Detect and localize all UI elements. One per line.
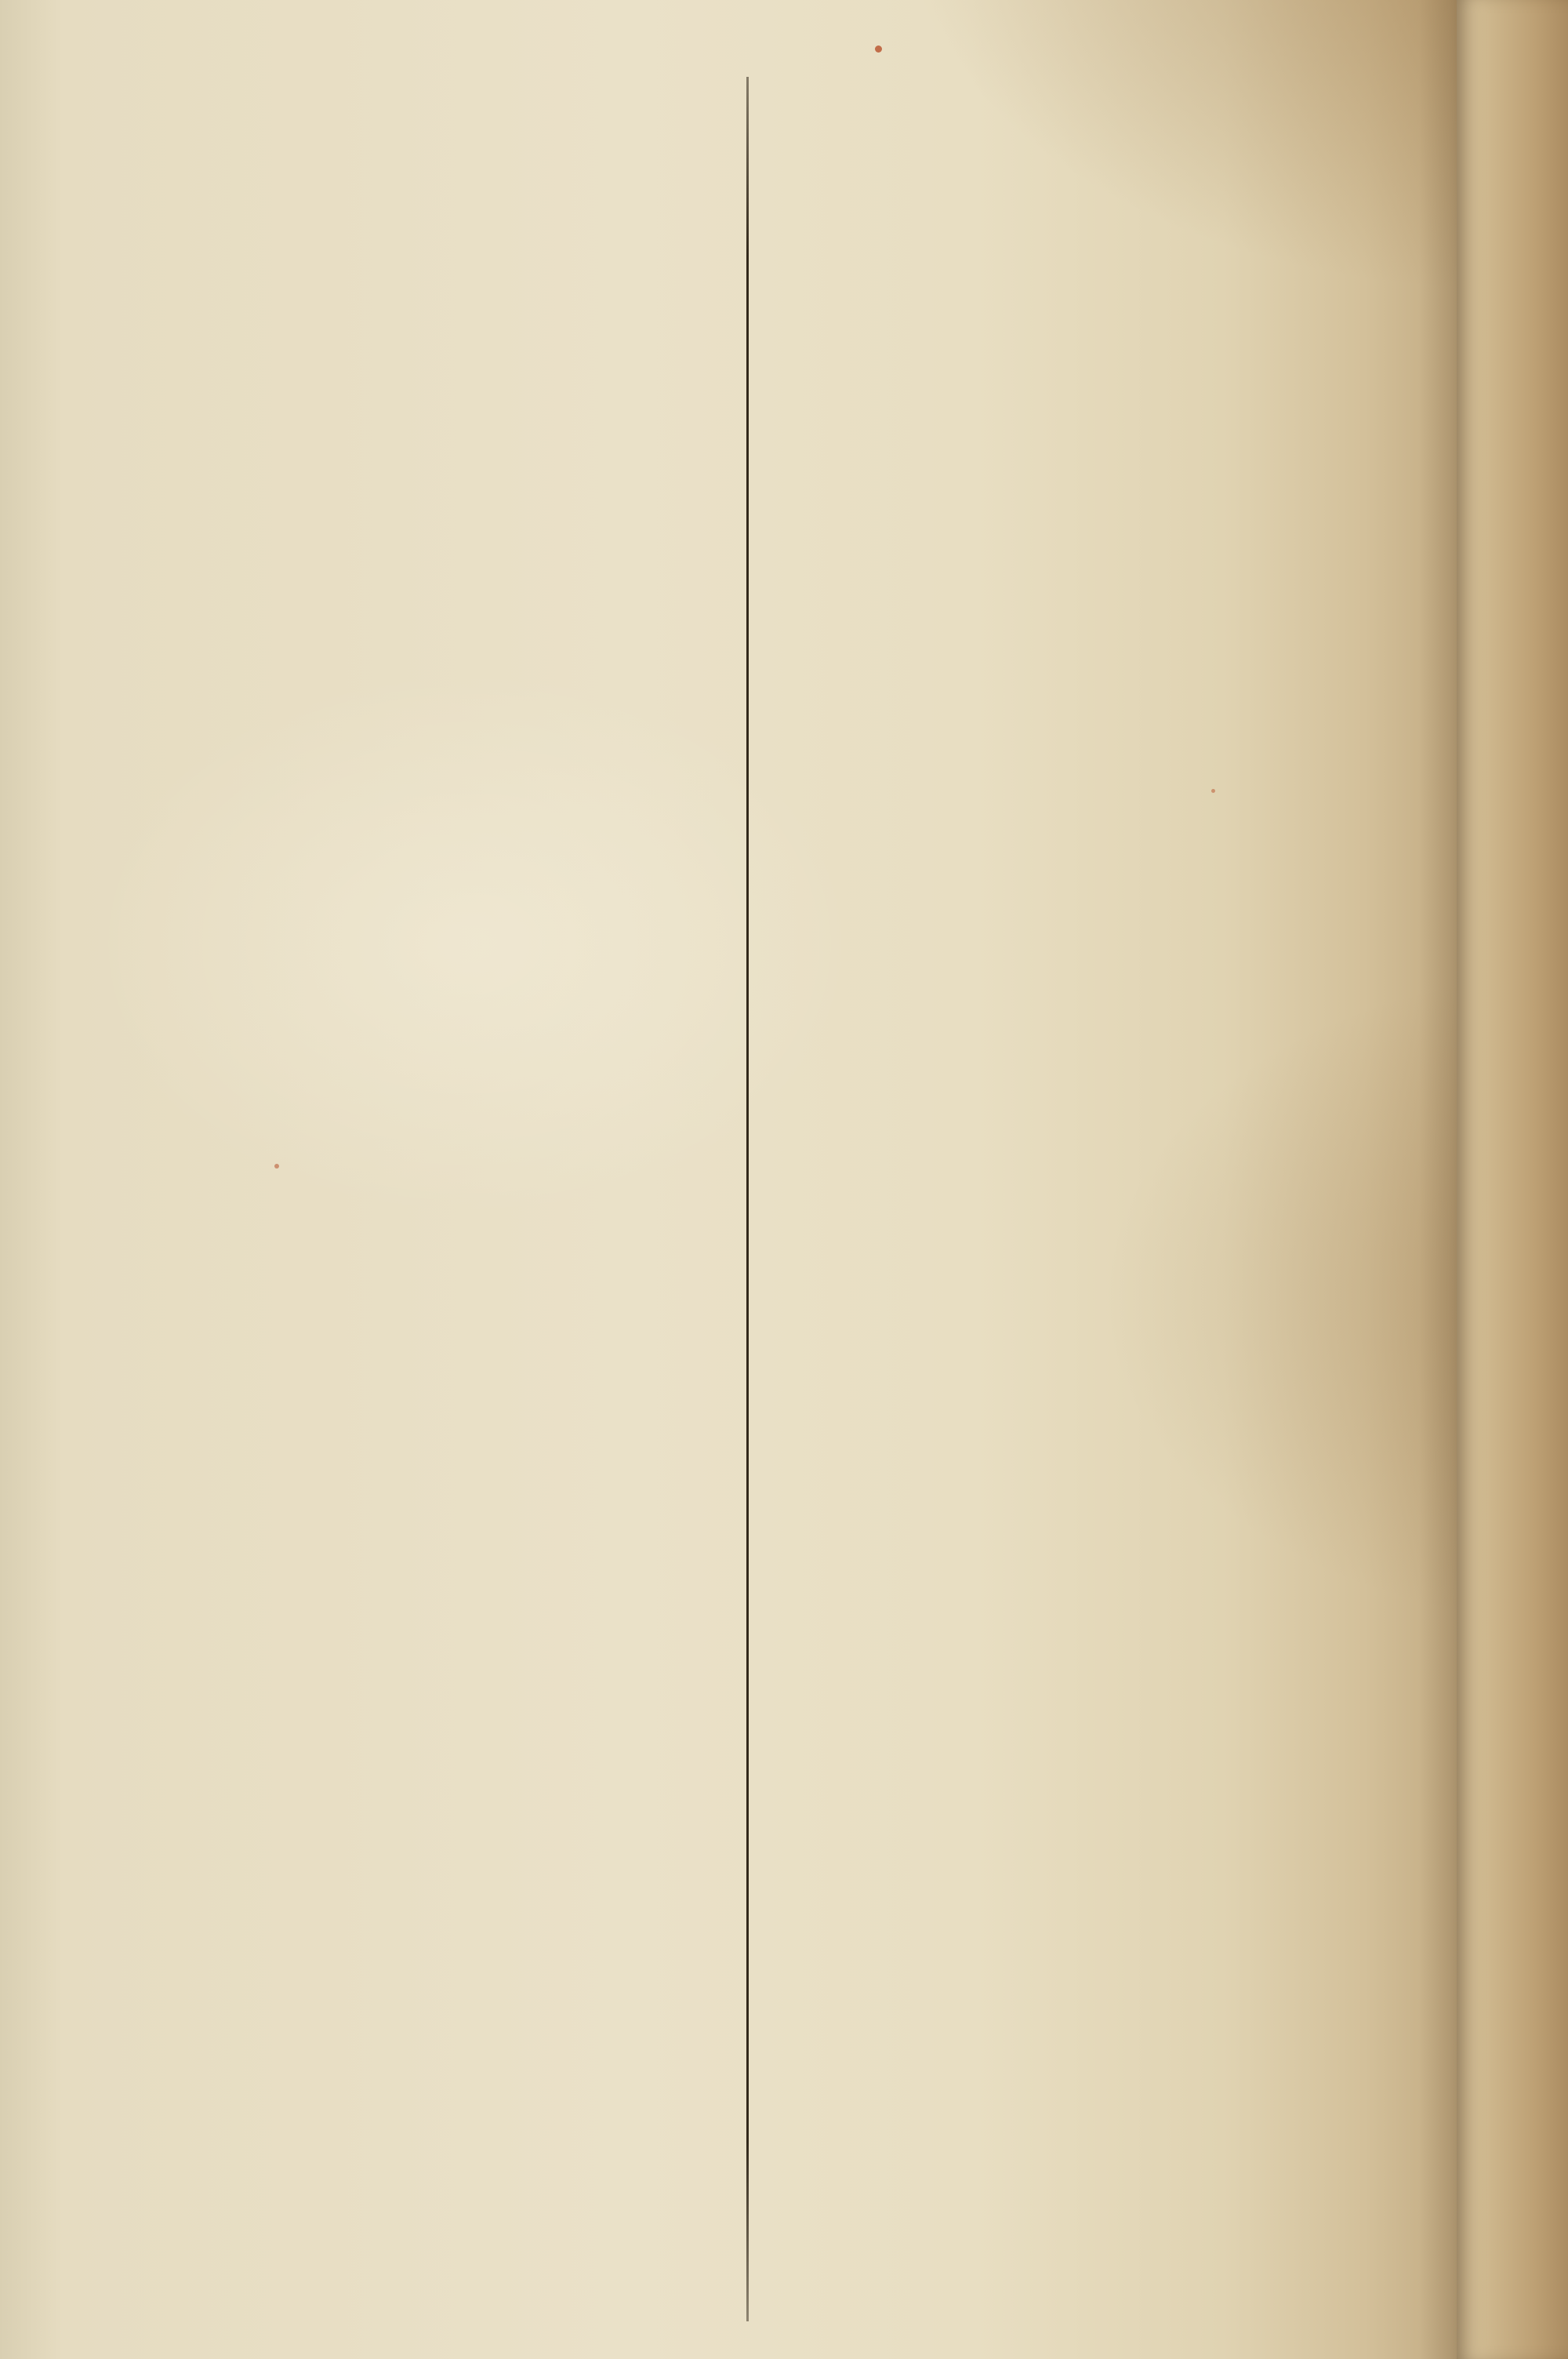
next-page-edge bbox=[1457, 0, 1568, 2359]
ink-fleck bbox=[274, 1164, 279, 1169]
ink-fleck bbox=[1211, 789, 1215, 793]
column-divider-rule bbox=[746, 77, 749, 2321]
ink-fleck bbox=[875, 45, 882, 53]
book-page-scan bbox=[0, 0, 1568, 2359]
